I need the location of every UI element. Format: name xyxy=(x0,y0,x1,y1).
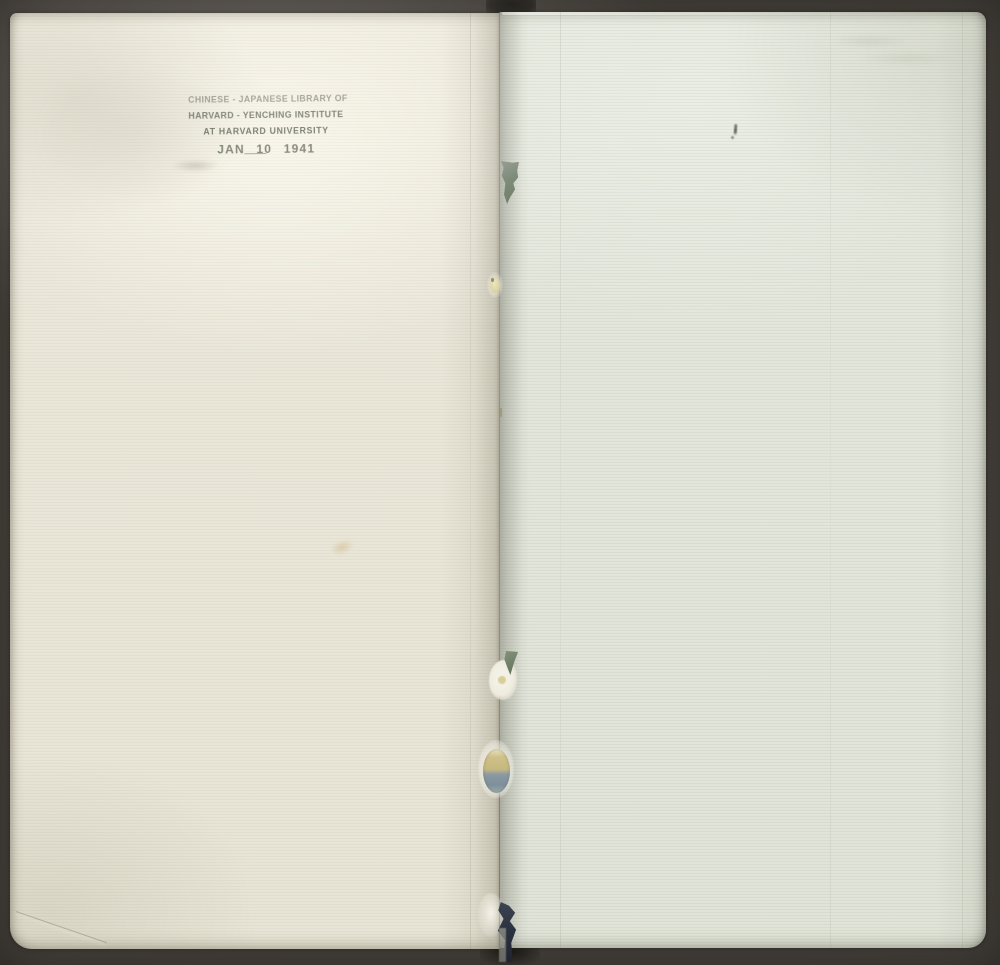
right-page xyxy=(500,12,986,948)
spine-shadow-left xyxy=(474,13,500,949)
stamp-ink-smudge xyxy=(172,160,218,172)
right-page-crease-1 xyxy=(560,12,561,948)
stamp-line-3: AT HARVARD UNIVERSITY xyxy=(188,126,343,137)
stamp-line-1: CHINESE - JAPANESE LIBRARY OF xyxy=(188,94,343,105)
stamp-date-underline xyxy=(244,153,266,154)
spine-damage-gray-streak xyxy=(499,928,506,962)
ghost-writing-showthrough xyxy=(830,26,960,76)
spine-shadow-right xyxy=(500,12,522,948)
left-page-crease xyxy=(470,13,471,949)
spine-damage-round-hole xyxy=(483,749,510,793)
spine-stitch-mark xyxy=(500,408,502,417)
right-page-crease-2 xyxy=(830,12,831,948)
spine-fold-line xyxy=(499,12,500,949)
library-ownership-stamp: CHINESE - JAPANESE LIBRARY OF HARVARD - … xyxy=(186,94,347,156)
stamp-line-2: HARVARD - YENCHING INSTITUTE xyxy=(188,110,343,121)
left-page: CHINESE - JAPANESE LIBRARY OF HARVARD - … xyxy=(10,13,500,949)
right-page-top-edge-highlight xyxy=(502,12,942,15)
scan-frame: CHINESE - JAPANESE LIBRARY OF HARVARD - … xyxy=(0,0,1000,965)
right-page-crease-3 xyxy=(962,12,963,948)
spine-damage-small-speck xyxy=(491,278,494,282)
small-ink-dot xyxy=(731,136,734,139)
right-page-shading xyxy=(500,12,986,948)
spine-damage-mid-tear-yellow xyxy=(498,676,506,684)
